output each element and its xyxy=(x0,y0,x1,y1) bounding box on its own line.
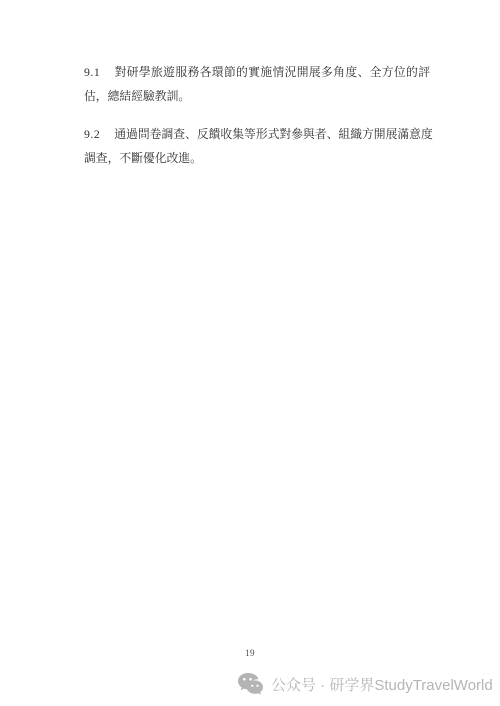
body-text: 9.1對研學旅遊服務各環節的實施情況開展多角度、全方位的評 估，總結經驗教訓。 … xyxy=(84,60,430,184)
page-number: 19 xyxy=(0,648,500,658)
clause-text: 對研學旅遊服務各環節的實施情況開展多角度、全方位的評 xyxy=(114,65,430,79)
document-page: 9.1對研學旅遊服務各環節的實施情況開展多角度、全方位的評 估，總結經驗教訓。 … xyxy=(0,0,500,706)
clause-number: 9.1 xyxy=(84,65,100,79)
paragraph-line: 調查，不斷優化改進。 xyxy=(84,146,430,170)
paragraph-line: 9.2通過問卷調查、反饋收集等形式對參與者、組織方開展滿意度 xyxy=(84,122,430,146)
watermark-label: 公众号 · 研学界StudyTravelWorld xyxy=(271,674,493,695)
wechat-icon xyxy=(237,672,264,697)
paragraph-line: 估，總結經驗教訓。 xyxy=(84,84,430,108)
clause-number: 9.2 xyxy=(84,127,100,141)
clause-text: 通過問卷調查、反饋收集等形式對參與者、組織方開展滿意度 xyxy=(114,127,433,141)
watermark: 公众号 · 研学界StudyTravelWorld xyxy=(237,672,493,697)
paragraph-9-2: 9.2通過問卷調查、反饋收集等形式對參與者、組織方開展滿意度 調查，不斷優化改進… xyxy=(84,122,430,170)
paragraph-line: 9.1對研學旅遊服務各環節的實施情況開展多角度、全方位的評 xyxy=(84,60,430,84)
paragraph-9-1: 9.1對研學旅遊服務各環節的實施情況開展多角度、全方位的評 估，總結經驗教訓。 xyxy=(84,60,430,108)
